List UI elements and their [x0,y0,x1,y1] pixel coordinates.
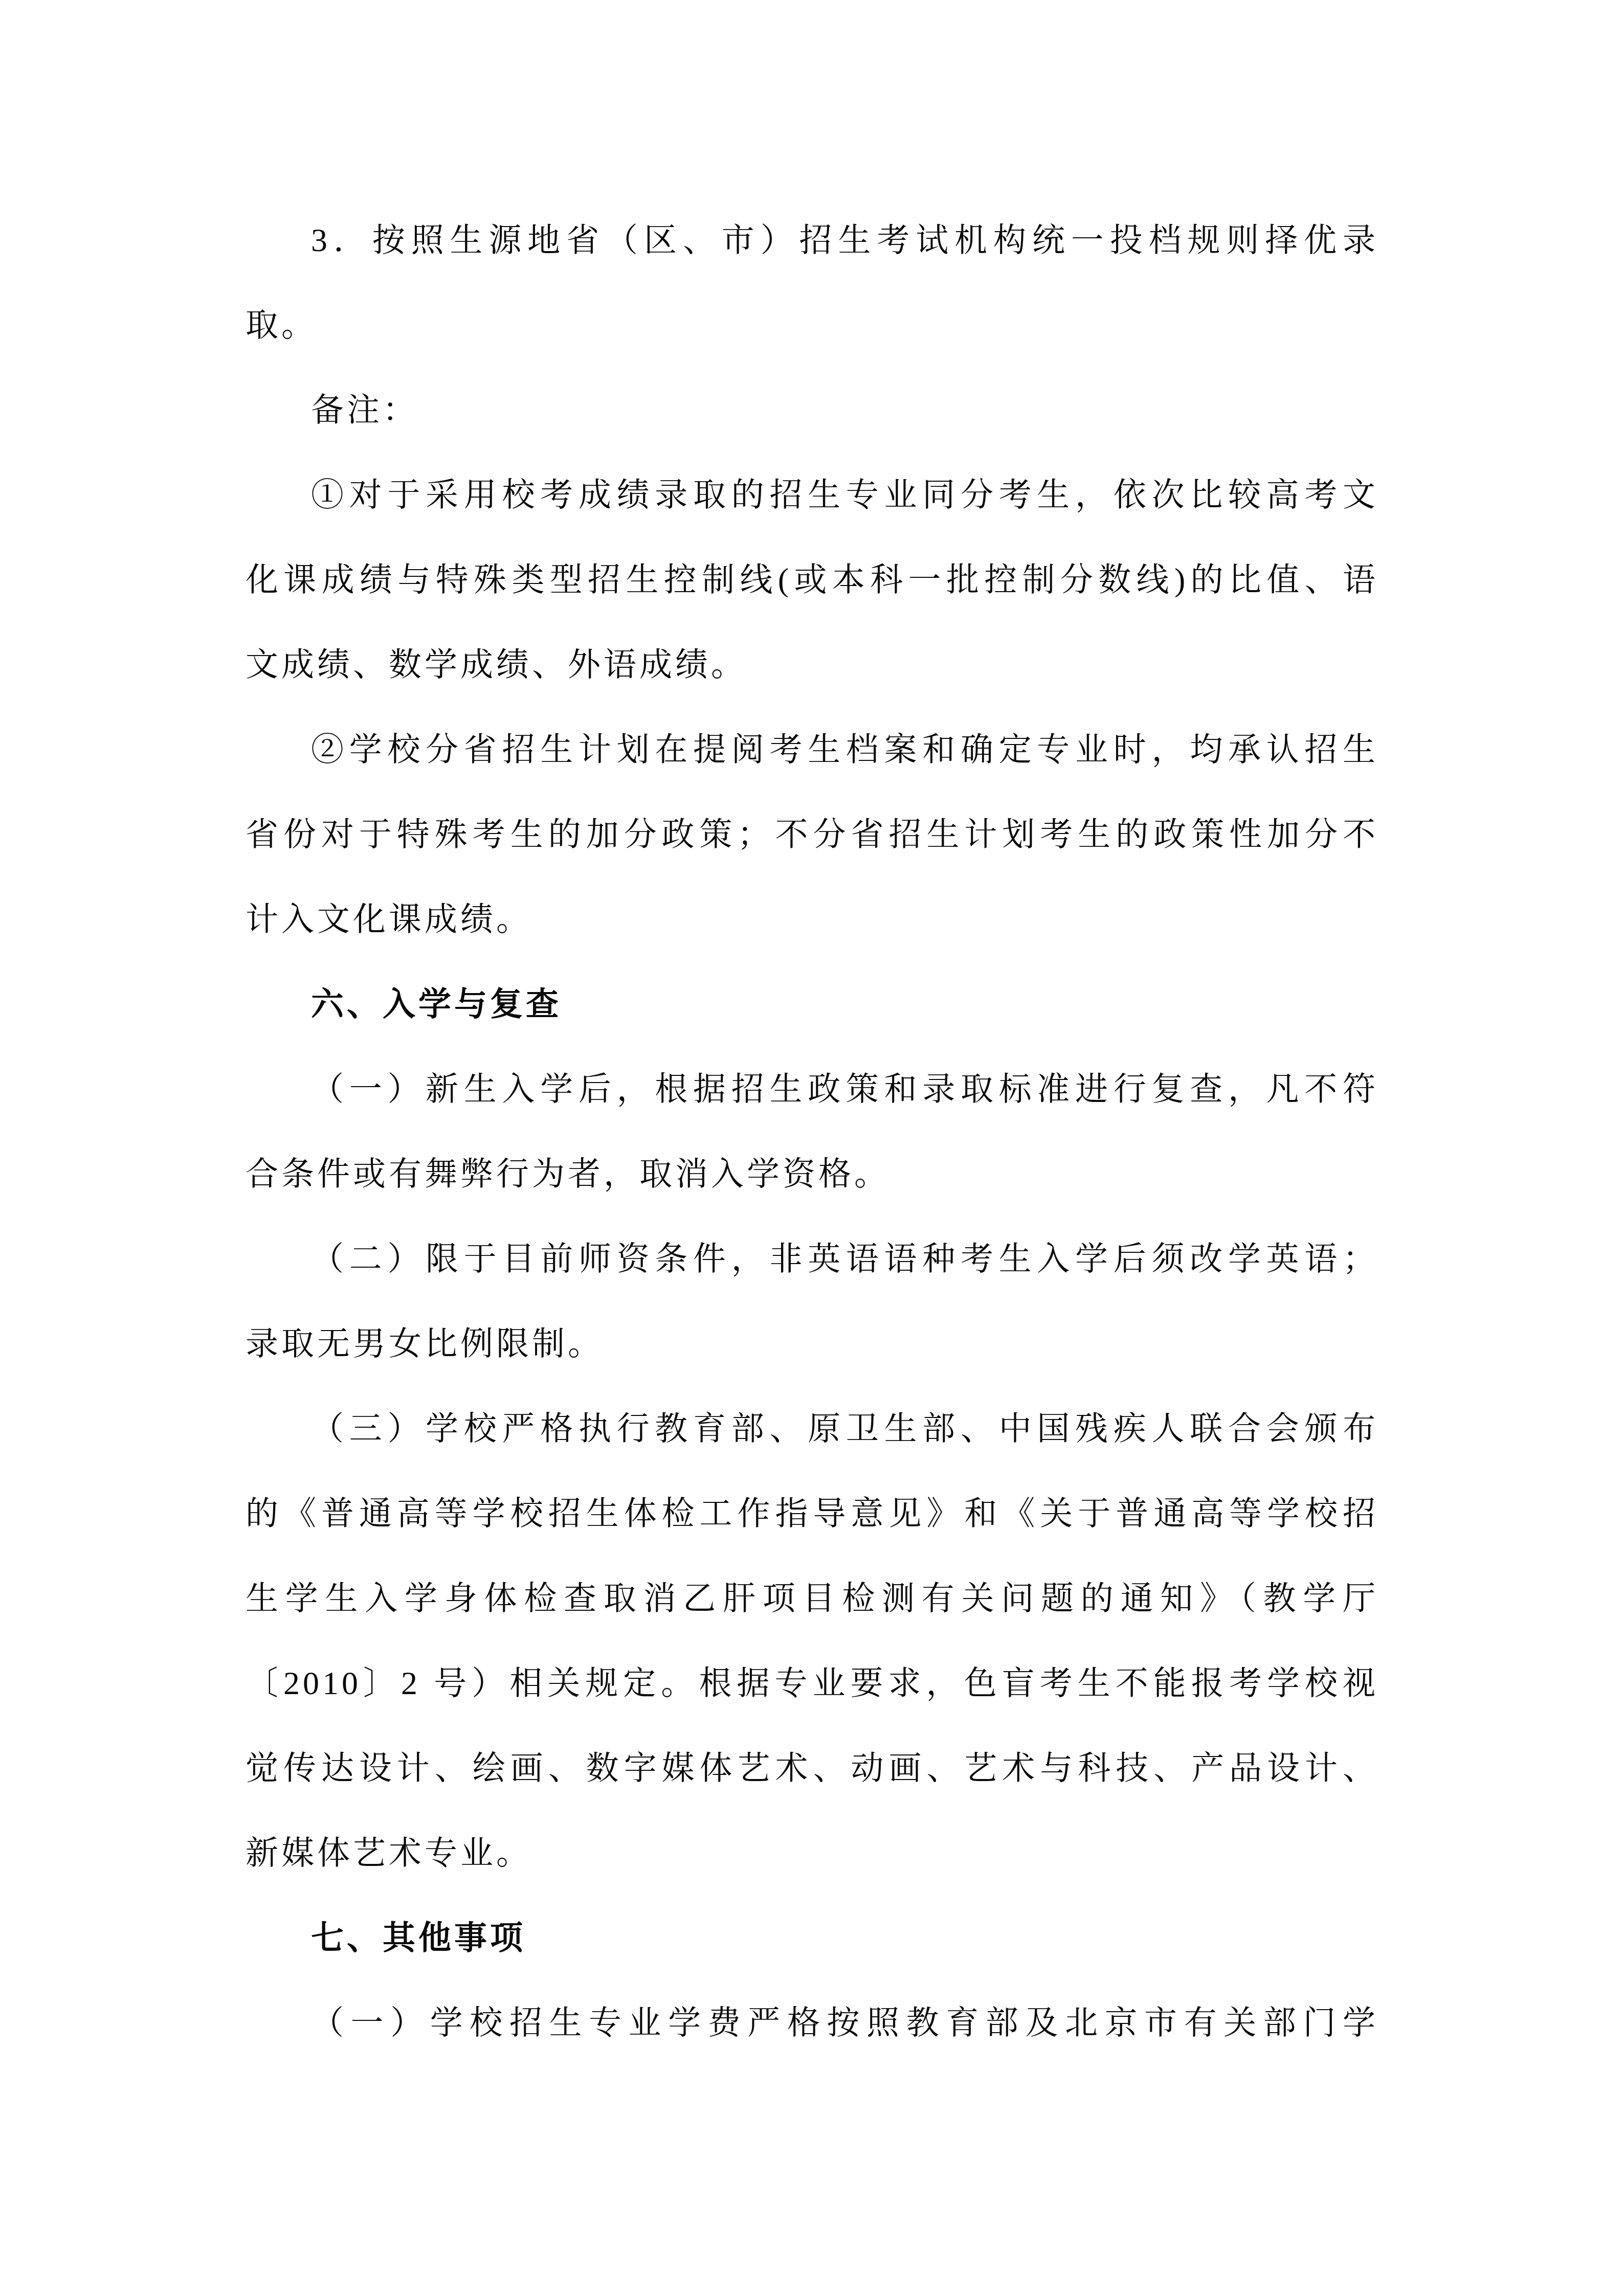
paragraph-line: 觉传达设计、绘画、数字媒体艺术、动画、艺术与科技、产品设计、 [246,1726,1378,1811]
paragraph-line: 取。 [246,283,1378,368]
paragraph-line: （一）学校招生专业学费严格按照教育部及北京市有关部门学 [246,1980,1378,2065]
paragraph-line: （二）限于目前师资条件，非英语语种考生入学后须改学英语； [246,1217,1378,1301]
paragraph-line: 化课成绩与特殊类型招生控制线(或本科一批控制分数线)的比值、语 [246,537,1378,622]
paragraph-line: ①对于采用校考成绩录取的招生专业同分考生，依次比较高考文 [246,453,1378,537]
section-heading: 六、入学与复查 [246,962,1378,1047]
paragraph-line: 〔2010〕2 号）相关规定。根据专业要求，色盲考生不能报考学校视 [246,1641,1378,1726]
paragraph-line: （三）学校严格执行教育部、原卫生部、中国残疾人联合会颁布 [246,1386,1378,1471]
paragraph-line: 3．按照生源地省（区、市）招生考试机构统一投档规则择优录 [246,198,1378,283]
paragraph-line: 录取无男女比例限制。 [246,1301,1378,1386]
paragraph-line: 备注： [246,368,1378,453]
section-heading: 七、其他事项 [246,1896,1378,1980]
paragraph-line: 文成绩、数学成绩、外语成绩。 [246,622,1378,707]
paragraph-line: 的《普通高等学校招生体检工作指导意见》和《关于普通高等学校招 [246,1471,1378,1556]
paragraph-line: 合条件或有舞弊行为者，取消入学资格。 [246,1132,1378,1217]
paragraph-line: ②学校分省招生计划在提阅考生档案和确定专业时，均承认招生 [246,707,1378,792]
paragraph-line: （一）新生入学后，根据招生政策和录取标准进行复查，凡不符 [246,1047,1378,1132]
paragraph-line: 生学生入学身体检查取消乙肝项目检测有关问题的通知》（教学厅 [246,1556,1378,1641]
paragraph-line: 计入文化课成绩。 [246,877,1378,962]
document-text-block: 3．按照生源地省（区、市）招生考试机构统一投档规则择优录 取。 备注： ①对于采… [246,198,1378,2065]
paragraph-line: 新媒体艺术专业。 [246,1811,1378,1896]
document-page: 3．按照生源地省（区、市）招生考试机构统一投档规则择优录 取。 备注： ①对于采… [0,0,1624,2296]
paragraph-line: 省份对于特殊考生的加分政策；不分省招生计划考生的政策性加分不 [246,792,1378,877]
